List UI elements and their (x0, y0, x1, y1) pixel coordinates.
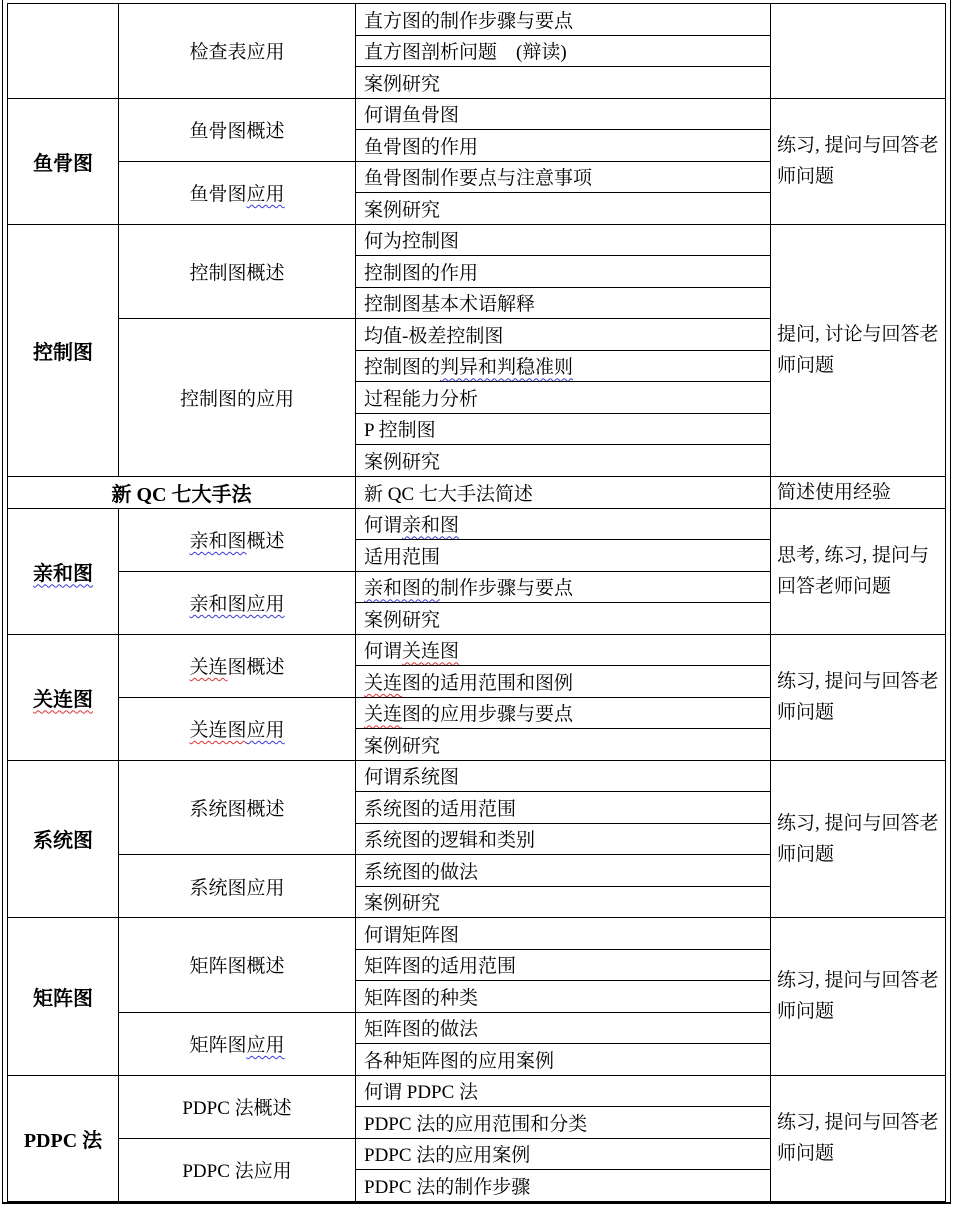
item-cell: 系统图的逻辑和类别 (356, 823, 771, 855)
item-cell: 关连图的应用步骤与要点 (356, 697, 771, 729)
activity-cell: 练习, 提问与回答老师问题 (771, 1075, 946, 1201)
item-cell: 鱼骨图制作要点与注意事项 (356, 161, 771, 193)
tool-cell: 控制图 (8, 224, 119, 476)
table-row: 控制图 控制图概述 何为控制图 提问, 讨论与回答老师问题 (8, 224, 946, 256)
item-cell: 均值-极差控制图 (356, 319, 771, 351)
activity-cell: 练习, 提问与回答老师问题 (771, 98, 946, 224)
tool-cell: 矩阵图 (8, 918, 119, 1076)
group-cell: 鱼骨图概述 (119, 98, 356, 161)
group-cell: 关连图应用 (119, 697, 356, 760)
activity-cell (771, 4, 946, 99)
item-cell: 控制图的作用 (356, 256, 771, 288)
activity-cell: 练习, 提问与回答老师问题 (771, 634, 946, 760)
item-cell: 何谓关连图 (356, 634, 771, 666)
item-cell: 何谓系统图 (356, 760, 771, 792)
item-cell: 何谓鱼骨图 (356, 98, 771, 130)
item-cell: 案例研究 (356, 67, 771, 99)
group-cell: 亲和图概述 (119, 508, 356, 571)
group-cell: 检查表应用 (119, 4, 356, 99)
item-cell: 何为控制图 (356, 224, 771, 256)
activity-cell: 提问, 讨论与回答老师问题 (771, 224, 946, 476)
table-row: 新 QC 七大手法 新 QC 七大手法简述 简述使用经验 (8, 476, 946, 508)
tool-cell: PDPC 法 (8, 1075, 119, 1201)
item-cell: 系统图的做法 (356, 855, 771, 887)
group-cell: 关连图概述 (119, 634, 356, 697)
table-row: 亲和图 亲和图概述 何谓亲和图 思考, 练习, 提问与回答老师问题 (8, 508, 946, 540)
group-cell: 系统图应用 (119, 855, 356, 918)
item-cell: 案例研究 (356, 445, 771, 477)
item-cell: 矩阵图的做法 (356, 1012, 771, 1044)
tool-cell: 亲和图 (8, 508, 119, 634)
item-cell: 过程能力分析 (356, 382, 771, 414)
item-cell: 矩阵图的种类 (356, 981, 771, 1013)
group-cell: 鱼骨图应用 (119, 161, 356, 224)
table-row: 系统图 系统图概述 何谓系统图 练习, 提问与回答老师问题 (8, 760, 946, 792)
group-cell: 系统图概述 (119, 760, 356, 855)
item-cell: 矩阵图的适用范围 (356, 949, 771, 981)
item-cell: PDPC 法的制作步骤 (356, 1170, 771, 1202)
activity-cell: 思考, 练习, 提问与回答老师问题 (771, 508, 946, 634)
tool-cell: 系统图 (8, 760, 119, 918)
item-cell: 案例研究 (356, 193, 771, 225)
item-cell: 何谓矩阵图 (356, 918, 771, 950)
group-cell: PDPC 法概述 (119, 1075, 356, 1138)
item-cell: 直方图剖析问题 (辩读) (356, 35, 771, 67)
merged-title-cell: 新 QC 七大手法 (8, 476, 356, 508)
item-cell: 何谓 PDPC 法 (356, 1075, 771, 1107)
activity-cell: 简述使用经验 (771, 476, 946, 508)
tool-cell (8, 4, 119, 99)
item-cell: 鱼骨图的作用 (356, 130, 771, 162)
item-cell: 何谓亲和图 (356, 508, 771, 540)
activity-cell: 练习, 提问与回答老师问题 (771, 918, 946, 1076)
group-cell: 亲和图应用 (119, 571, 356, 634)
course-outline-table: 检查表应用 直方图的制作步骤与要点 直方图剖析问题 (辩读) 案例研究 鱼骨图 … (7, 3, 946, 1202)
item-cell: 案例研究 (356, 603, 771, 635)
group-cell: 矩阵图应用 (119, 1012, 356, 1075)
item-cell: PDPC 法的应用范围和分类 (356, 1107, 771, 1139)
table-row: 检查表应用 直方图的制作步骤与要点 (8, 4, 946, 36)
group-cell: 控制图的应用 (119, 319, 356, 477)
item-cell: 案例研究 (356, 729, 771, 761)
item-cell: 案例研究 (356, 886, 771, 918)
item-cell: 直方图的制作步骤与要点 (356, 4, 771, 36)
tool-cell: 鱼骨图 (8, 98, 119, 224)
item-cell: P 控制图 (356, 413, 771, 445)
item-cell: 新 QC 七大手法简述 (356, 476, 771, 508)
item-cell: 各种矩阵图的应用案例 (356, 1044, 771, 1076)
table-row: 关连图 关连图概述 何谓关连图 练习, 提问与回答老师问题 (8, 634, 946, 666)
group-cell: 控制图概述 (119, 224, 356, 319)
group-cell: 矩阵图概述 (119, 918, 356, 1013)
table-row: 矩阵图 矩阵图概述 何谓矩阵图 练习, 提问与回答老师问题 (8, 918, 946, 950)
tool-cell: 关连图 (8, 634, 119, 760)
item-cell: 控制图的判异和判稳准则 (356, 350, 771, 382)
item-cell: 系统图的适用范围 (356, 792, 771, 824)
item-cell: 适用范围 (356, 540, 771, 572)
item-cell: 控制图基本术语解释 (356, 287, 771, 319)
document-page: 检查表应用 直方图的制作步骤与要点 直方图剖析问题 (辩读) 案例研究 鱼骨图 … (0, 0, 960, 1215)
table-row: 鱼骨图 鱼骨图概述 何谓鱼骨图 练习, 提问与回答老师问题 (8, 98, 946, 130)
group-cell: PDPC 法应用 (119, 1138, 356, 1201)
table-row: PDPC 法 PDPC 法概述 何谓 PDPC 法 练习, 提问与回答老师问题 (8, 1075, 946, 1107)
item-cell: 亲和图的制作步骤与要点 (356, 571, 771, 603)
item-cell: 关连图的适用范围和图例 (356, 666, 771, 698)
item-cell: PDPC 法的应用案例 (356, 1138, 771, 1170)
activity-cell: 练习, 提问与回答老师问题 (771, 760, 946, 918)
